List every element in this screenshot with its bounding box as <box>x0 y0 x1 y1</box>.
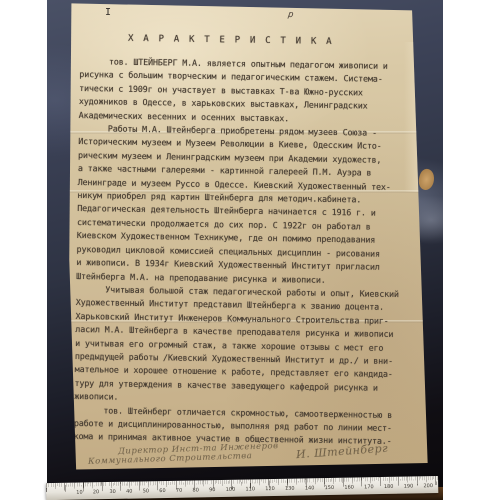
ruler-number: 120 <box>265 486 275 492</box>
typed-text: тов. ШТЕЙНБЕРГ М.А. является опытным пед… <box>74 55 422 449</box>
pencil-mark-right: р <box>287 10 294 21</box>
ruler-number: 70 <box>176 488 182 494</box>
ruler-number: 80 <box>192 487 198 493</box>
ruler-number: 130 <box>285 486 295 492</box>
ruler-number: 190 <box>404 483 414 489</box>
ruler-number: 20 <box>93 489 99 495</box>
handwritten-role-line-2: Коммунального Строительства <box>88 451 253 467</box>
ruler-number: 160 <box>344 485 354 491</box>
document-paper: І р Х А Р А К Т Е Р И С Т И К А тов. ШТЕ… <box>66 2 428 470</box>
ruler-number: 170 <box>364 484 374 490</box>
typed-text-block: Х А Р А К Т Е Р И С Т И К А тов. ШТЕЙНБЕ… <box>74 33 422 449</box>
ruler-number: 10 <box>76 490 82 496</box>
ruler-number: 30 <box>109 489 115 495</box>
document-title: Х А Р А К Т Е Р И С Т И К А <box>80 33 382 48</box>
ruler-number: 100 <box>226 487 236 493</box>
ruler-number: 110 <box>245 486 255 492</box>
ruler-number: 40 <box>126 489 132 495</box>
ruler-number: 200 <box>423 483 433 489</box>
pencil-mark-left: І <box>105 7 111 18</box>
ruler-number: 180 <box>384 484 394 490</box>
ruler-number: 50 <box>143 488 149 494</box>
ruler-number: 150 <box>325 485 335 491</box>
ruler-number: 90 <box>209 487 215 493</box>
ruler-number: 140 <box>305 485 315 491</box>
ruler-number: 60 <box>159 488 165 494</box>
